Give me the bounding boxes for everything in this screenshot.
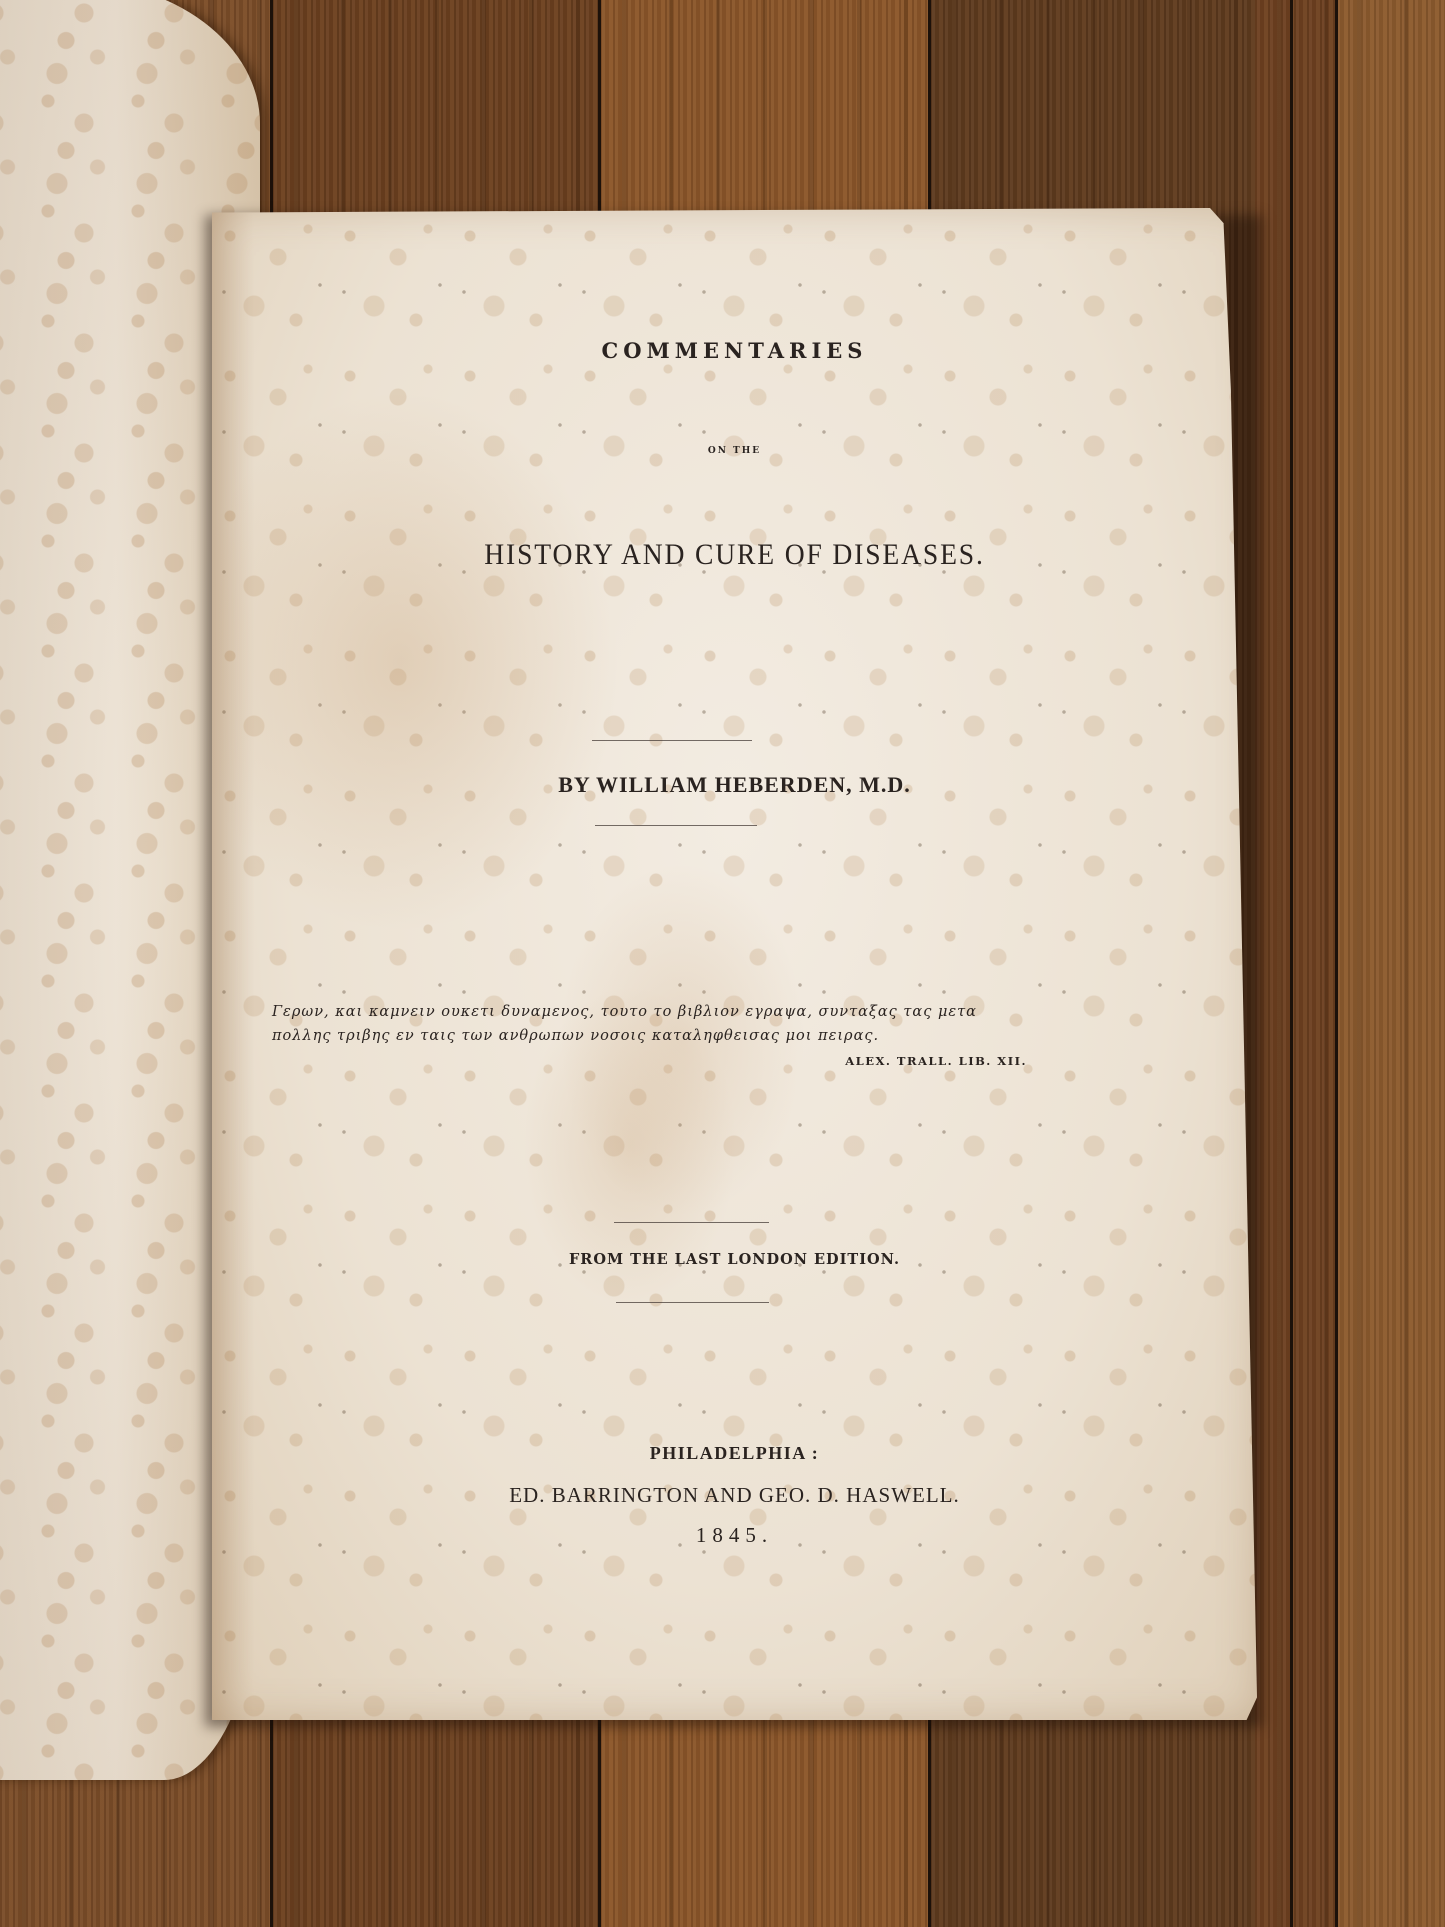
divider-rule [614,1222,769,1223]
divider-rule [592,740,752,741]
floor-seam [1290,0,1293,1927]
divider-rule [595,825,757,826]
imprint-publisher: ED. BARRINGTON AND GEO. D. HASWELL. [212,1483,1257,1508]
floor-board [1335,0,1445,1927]
epigraph-attribution: ALEX. TRALL. LIB. XII. [845,1054,1257,1068]
title-line-2: HISTORY AND CURE OF DISEASES. [254,538,1215,572]
floor-board [1255,0,1335,1927]
title-connector: ON THE [212,446,1257,456]
floor-seam [1335,0,1338,1927]
imprint-place: PHILADELPHIA : [212,1443,1257,1464]
epigraph-line-2: πολλης τριβης εν ταις των ανθρωπων νοσοι… [272,1028,1317,1044]
title-line-1: COMMENTARIES [212,338,1257,363]
title-page: COMMENTARIES ON THE HISTORY AND CURE OF … [212,208,1257,1720]
epigraph-line-1: Γερων, και καμνειν ουκετι δυναμενος, του… [272,1004,1317,1020]
divider-rule [616,1302,769,1303]
edition-note: FROM THE LAST LONDON EDITION. [212,1251,1257,1268]
author-line: BY WILLIAM HEBERDEN, M.D. [212,772,1257,798]
imprint-year: 1845. [212,1523,1257,1548]
